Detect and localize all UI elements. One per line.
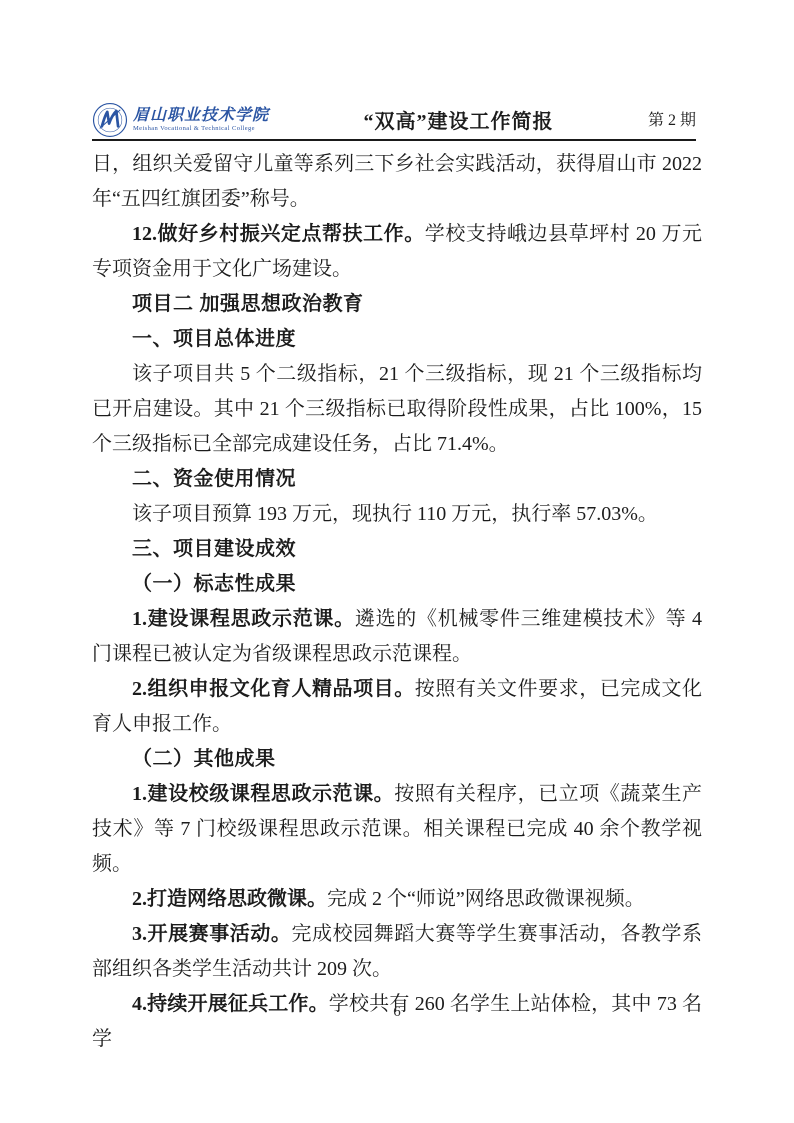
section-heading-project: 项目二 加强思想政治教育 [92, 287, 702, 322]
college-logo: 眉山职业技术学院 Meishan Vocational & Technical … [92, 102, 269, 138]
paragraph-lead: 1.建设校级课程思政示范课。 [132, 783, 394, 805]
college-name-chinese: 眉山职业技术学院 [133, 107, 269, 125]
paragraph-lead: 12.做好乡村振兴定点帮扶工作。 [132, 223, 425, 245]
subsection-heading-progress: 一、项目总体进度 [92, 322, 702, 357]
document-body: 日，组织关爱留守儿童等系列三下乡社会实践活动，获得眉山市 2022 年“五四红旗… [92, 147, 702, 1057]
numbered-paragraph: 2.组织申报文化育人精品项目。按照有关文件要求，已完成文化育人申报工作。 [92, 672, 702, 742]
college-logo-text: 眉山职业技术学院 Meishan Vocational & Technical … [133, 107, 269, 133]
paragraph-lead: 1.建设课程思政示范课。 [132, 608, 355, 630]
page-header: 眉山职业技术学院 Meishan Vocational & Technical … [92, 100, 696, 141]
paragraph: 该子项目共 5 个二级指标，21 个三级指标，现 21 个三级指标均已开启建设。… [92, 357, 702, 462]
numbered-paragraph: 2.打造网络思政微课。完成 2 个“师说”网络思政微课视频。 [92, 882, 702, 917]
numbered-paragraph: 1.建设校级课程思政示范课。按照有关程序，已立项《蔬菜生产技术》等 7 门校级课… [92, 777, 702, 882]
numbered-paragraph: 1.建设课程思政示范课。遴选的《机械零件三维建模技术》等 4 门课程已被认定为省… [92, 602, 702, 672]
numbered-paragraph: 3.开展赛事活动。完成校园舞蹈大赛等学生赛事活动，各教学系部组织各类学生活动共计… [92, 917, 702, 987]
college-name-english: Meishan Vocational & Technical College [133, 125, 269, 133]
numbered-paragraph: 12.做好乡村振兴定点帮扶工作。学校支持峨边县草坪村 20 万元专项资金用于文化… [92, 217, 702, 287]
subsection-heading-results: 三、项目建设成效 [92, 532, 702, 567]
paragraph: 该子项目预算 193 万元，现执行 110 万元，执行率 57.03%。 [92, 497, 702, 532]
paragraph-continuation: 日，组织关爱留守儿童等系列三下乡社会实践活动，获得眉山市 2022 年“五四红旗… [92, 147, 702, 217]
paragraph-text: 完成 2 个“师说”网络思政微课视频。 [327, 888, 645, 910]
paragraph-lead: 2.组织申报文化育人精品项目。 [132, 678, 415, 700]
page-number: 6 [0, 1004, 794, 1021]
numbered-paragraph: 4.持续开展征兵工作。学校共有 260 名学生上站体检，其中 73 名学 [92, 987, 702, 1057]
subsubsection-heading-landmark: （一）标志性成果 [92, 567, 702, 602]
issue-number: 第 2 期 [648, 107, 696, 132]
paragraph-lead: 3.开展赛事活动。 [132, 923, 291, 945]
bulletin-title: “双高”建设工作简报 [269, 105, 648, 134]
subsection-heading-funds: 二、资金使用情况 [92, 462, 702, 497]
subsubsection-heading-other: （二）其他成果 [92, 742, 702, 777]
college-emblem-icon [92, 102, 128, 138]
document-page: 眉山职业技术学院 Meishan Vocational & Technical … [0, 0, 794, 1123]
paragraph-lead: 2.打造网络思政微课。 [132, 888, 327, 910]
